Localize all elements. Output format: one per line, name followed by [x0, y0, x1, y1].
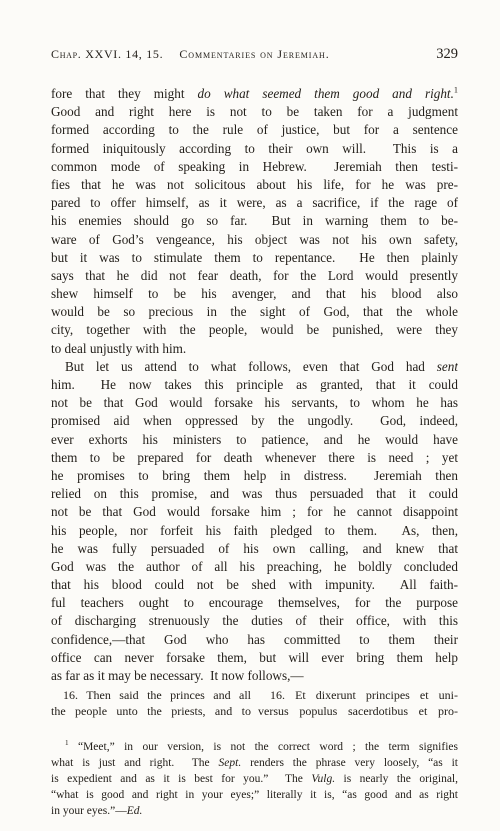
- text-line: to deal unjustly with him.: [51, 340, 458, 358]
- paragraph: But let us attend to what follows, even …: [51, 358, 458, 685]
- header-book-title: Commentaries on Jeremiah.: [179, 47, 329, 62]
- text-line: 1 “Meet,” in our version, is not the cor…: [51, 739, 458, 755]
- text-line: formed according to the rule of justice,…: [51, 121, 458, 139]
- verse-section: 16. Then said the princes and allthe peo…: [51, 688, 458, 719]
- text-line: relied on this promise, and was thus per…: [51, 485, 458, 503]
- text-line: would be so precious in the sight of God…: [51, 303, 458, 321]
- paragraph: fore that they might do what seemed them…: [51, 85, 458, 358]
- verse-column-latin: 16. Et dixerunt principes et uni-versus …: [258, 688, 458, 719]
- text-line: pared to offer himself, as it were, as a…: [51, 194, 458, 212]
- text-line: but it was to stimulate them to repentan…: [51, 249, 458, 267]
- text-line: common mode of speaking in Hebrew. Jerem…: [51, 158, 458, 176]
- text-line: in your eyes.”—Ed.: [51, 803, 458, 819]
- text-line: the people unto the priests, and to: [51, 704, 251, 720]
- text-line: what is just and right. The Sept. render…: [51, 755, 458, 771]
- header-chapter-reference: Chap. XXVI. 14, 15.: [51, 47, 163, 62]
- text-line: says that he did not fear death, for the…: [51, 267, 458, 285]
- text-line: shew himself to be his avenger, and that…: [51, 285, 458, 303]
- text-line: them to be prepared for death whenever t…: [51, 449, 458, 467]
- running-header: Chap. XXVI. 14, 15. Commentaries on Jere…: [51, 46, 458, 63]
- text-line: formed iniquitously according to their o…: [51, 140, 458, 158]
- text-line: not be that God would forsake his servan…: [51, 394, 458, 412]
- body-text: fore that they might do what seemed them…: [51, 85, 458, 685]
- text-line: fies that he was not solicitous about hi…: [51, 176, 458, 194]
- text-line: ware of God’s vengeance, his object was …: [51, 231, 458, 249]
- text-line: ful teachers ought to encourage themselv…: [51, 594, 458, 612]
- text-line: promised aid when oppressed by the ungod…: [51, 412, 458, 430]
- header-page-number: 329: [436, 46, 458, 63]
- text-line: his enemies should go so far. But in war…: [51, 212, 458, 230]
- text-line: God was the author of all his preaching,…: [51, 558, 458, 576]
- text-line: ever exhorts his ministers to patience, …: [51, 431, 458, 449]
- text-line: that his blood could not be shed with im…: [51, 576, 458, 594]
- text-line: him. He now takes this principle as gran…: [51, 376, 458, 394]
- footnote-section: 1 “Meet,” in our version, is not the cor…: [51, 739, 458, 819]
- text-line: “what is good and right in your eyes;” l…: [51, 787, 458, 803]
- text-line: is expedient and as it is best for you.”…: [51, 771, 458, 787]
- text-line: he promises to bring them help in distre…: [51, 467, 458, 485]
- text-line: 16. Then said the princes and all: [51, 688, 251, 704]
- text-line: versus populus sacerdotibus et pro-: [258, 704, 458, 720]
- text-line: But let us attend to what follows, even …: [51, 358, 458, 376]
- text-line: his people, nor forfeit his faith pledge…: [51, 522, 458, 540]
- text-line: not be that God would forsake him ; for …: [51, 503, 458, 521]
- text-line: he was fully persuaded of his own callin…: [51, 540, 458, 558]
- text-line: fore that they might do what seemed them…: [51, 85, 458, 103]
- text-line: confidence,—that God who has committed t…: [51, 631, 458, 649]
- text-line: of discharging strenuously the duties of…: [51, 612, 458, 630]
- text-line: office can never forsake them, but will …: [51, 649, 458, 667]
- verse-column-english: 16. Then said the princes and allthe peo…: [51, 688, 251, 719]
- text-line: city, together with the people, would be…: [51, 321, 458, 339]
- text-line: as far as it may be necessary. It now fo…: [51, 667, 458, 685]
- text-line: Good and right here is not to be taken f…: [51, 103, 458, 121]
- text-line: 16. Et dixerunt principes et uni-: [258, 688, 458, 704]
- book-page: Chap. XXVI. 14, 15. Commentaries on Jere…: [0, 0, 500, 831]
